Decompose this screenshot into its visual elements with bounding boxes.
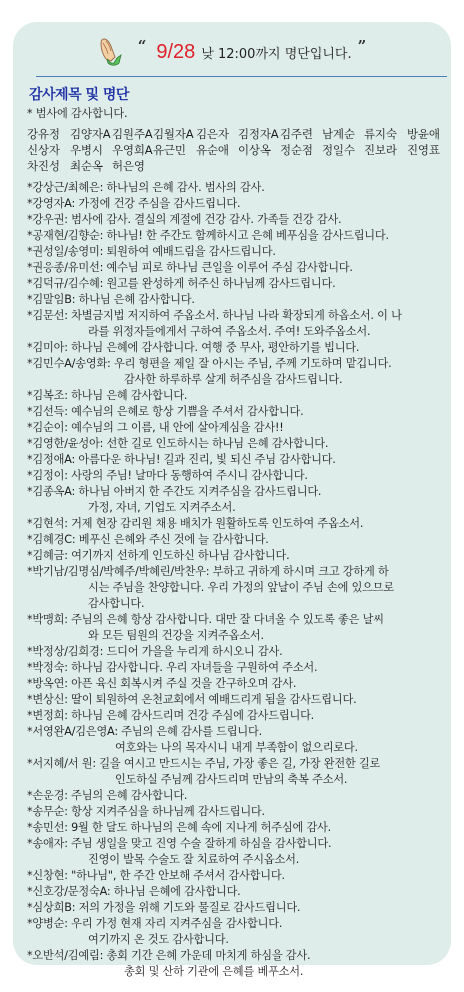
- prayer-entry: *변상신: 딸이 퇴원하여 온천교회에서 예배드리게 됨을 감사드립니다.: [27, 692, 445, 708]
- entry-line: *오반석/김예림: 총회 기간 은혜 가운데 마치게 하심을 감사.: [27, 948, 445, 964]
- content: * 범사에 감사합니다. 강유정김양자A김원주A김월자A김은자김정자A김주련남계…: [27, 106, 445, 980]
- prayer-entry: *송무순: 항상 지켜주심을 하나님께 감사드립니다.: [27, 804, 445, 820]
- prayer-entry: *김순이: 예수님의 그 이름, 내 안에 살아계심을 감사!!: [27, 420, 445, 436]
- entry-line: *권응종/유미선: 예수님 피로 하나님 큰일을 이루어 주심 감사합니다.: [27, 260, 445, 276]
- member-name: 이상옥: [238, 142, 280, 158]
- member-name: 남계순: [322, 126, 364, 142]
- prayer-entry: *송민선: 9월 한 달도 하나님의 은혜 속에 지나게 허주심에 감사.: [27, 820, 445, 836]
- prayer-entry: *오반석/김예림: 총회 기간 은혜 가운데 마치게 하심을 감사.총회 및 산…: [27, 948, 445, 980]
- names-grid: 강유정김양자A김원주A김월자A김은자김정자A김주련남계순류지숙방윤애신상자우병시…: [27, 126, 445, 174]
- entry-line: *김영한/윤성아: 선한 길로 인도하시는 하나님 은혜 감사합니다.: [27, 436, 445, 452]
- prayer-entry: *박정숙: 하나님 감사합니다. 우리 자녀들을 구원하여 주소서.: [27, 660, 445, 676]
- section-title: 감사제목 및 명단: [29, 84, 129, 104]
- header-divider: [36, 76, 447, 77]
- member-name: 김정자A: [238, 126, 280, 142]
- entry-line: *김선득: 예수님의 은혜로 항상 기쁨을 주셔서 감사합니다.: [27, 404, 445, 420]
- prayer-entry: *신창현: "하나님", 한 주간 안보해 주셔서 감사합니다.: [27, 868, 445, 884]
- entry-line: *김혜금: 여기까지 선하게 인도하신 하나님 감사합니다.: [27, 548, 445, 564]
- prayer-list-card: “ 9/28 낮 12:00까지 명단입니다. ” 감사제목 및 명단 * 범사…: [13, 22, 451, 965]
- prayer-entry: *김선득: 예수님의 은혜로 항상 기쁨을 주셔서 감사합니다.: [27, 404, 445, 420]
- entry-continuation: 감사합니다.: [27, 596, 445, 612]
- entry-continuation: 여기까지 온 것도 감사합니다.: [27, 932, 445, 948]
- prayer-entry: *김영한/윤성아: 선한 길로 인도하시는 하나님 은혜 감사합니다.: [27, 436, 445, 452]
- entry-continuation: 인도하실 주님께 감사드리며 만남의 축복 주소서.: [27, 772, 445, 788]
- member-name: 허은영: [112, 158, 153, 174]
- entry-line: *김민수A/송영화: 우리 형편을 제일 잘 아시는 주님, 주께 기도하며 맡…: [27, 356, 445, 372]
- prayer-entry: *김정애A: 아름다운 하나님! 길과 진리, 빛 되신 주님 감사합니다.: [27, 452, 445, 468]
- entry-line: *변상신: 딸이 퇴원하여 온천교회에서 예배드리게 됨을 감사드립니다.: [27, 692, 445, 708]
- member-name: 차진성: [27, 158, 70, 174]
- prayer-entry: *김복조: 하나님 은혜 감사합니다.: [27, 388, 445, 404]
- entry-line: *신창현: "하나님", 한 주간 안보해 주셔서 감사합니다.: [27, 868, 445, 884]
- entry-line: *박기남/김명심/박혜주/박혜린/박찬우: 부하고 귀하게 하시며 크고 강하게…: [27, 564, 445, 580]
- header: “ 9/28 낮 12:00까지 명단입니다. ”: [13, 32, 451, 72]
- prayer-entry: *강상근/최혜은: 하나님의 은혜 감사. 범사의 감사.: [27, 180, 445, 196]
- close-quote: ”: [358, 37, 367, 55]
- entry-line: *김종옥A: 하나님 아버지 한 주간도 지켜주심을 감사드립니다.: [27, 484, 445, 500]
- entry-line: *서영완A/김은영A: 주님의 은혜 감사를 드립니다.: [27, 724, 445, 740]
- entry-line: *송무순: 항상 지켜주심을 하나님께 감사드립니다.: [27, 804, 445, 820]
- entry-line: *김순이: 예수님의 그 이름, 내 안에 살아계심을 감사!!: [27, 420, 445, 436]
- entry-line: *신호강/문정숙A: 하나님 은혜에 감사합니다.: [27, 884, 445, 900]
- prayer-entry: *방옥연: 아픈 육신 회복시켜 주실 것을 간구하오며 감사.: [27, 676, 445, 692]
- prayer-entry: *손운경: 주님의 은혜 감사합니다.: [27, 788, 445, 804]
- member-name: 진영표: [407, 142, 445, 158]
- entry-line: *김문선: 차별금지법 저지하여 주옵소서. 하나님 나라 확장되게 하옵소서.…: [27, 308, 445, 324]
- entry-line: *심상희B: 저의 가정을 위해 기도와 물질로 감사드립니다.: [27, 900, 445, 916]
- entry-line: *변정희: 하나님 은혜 감사드리며 건강 주심에 감사드립니다.: [27, 708, 445, 724]
- prayer-entry: *양병순: 우리 가정 현재 자리 지켜주심을 감사합니다.여기까지 온 것도 …: [27, 916, 445, 948]
- entry-line: *박정상/김희경: 드디어 가을을 누리게 하시오니 감사.: [27, 644, 445, 660]
- member-name: 최순옥: [70, 158, 112, 174]
- entry-line: *강우권: 범사에 감사. 결실의 계절에 건강 감사. 가족들 건강 감사.: [27, 212, 445, 228]
- member-name: 유순애: [196, 142, 238, 158]
- member-name: 류지숙: [364, 126, 407, 142]
- prayer-entry: *박기남/김명심/박혜주/박혜린/박찬우: 부하고 귀하게 하시며 크고 강하게…: [27, 564, 445, 612]
- prayer-entry: *김현석: 거제 현장 감리원 채용 배치가 원활하도록 인도하여 주옵소서.: [27, 516, 445, 532]
- member-name: 김양자A: [70, 126, 112, 142]
- member-name: 김은자: [196, 126, 238, 142]
- entry-line: *박맹희: 주님의 은혜 항상 감사합니다. 대만 잘 다녀올 수 있도록 좋은…: [27, 612, 445, 628]
- entry-line: *송민선: 9월 한 달도 하나님의 은혜 속에 지나게 허주심에 감사.: [27, 820, 445, 836]
- entry-line: *방옥연: 아픈 육신 회복시켜 주실 것을 간구하오며 감사.: [27, 676, 445, 692]
- entry-line: *서지혜/서 원: 길을 여시고 만드시는 주님, 가장 좋은 길, 가장 완전…: [27, 756, 445, 772]
- prayer-entry: *강영자A: 가정에 건강 주심을 감사드립니다.: [27, 196, 445, 212]
- member-name: 강유정: [27, 126, 70, 142]
- intro-text: * 범사에 감사합니다.: [27, 106, 445, 124]
- entry-line: *양병순: 우리 가정 현재 자리 지켜주심을 감사합니다.: [27, 916, 445, 932]
- deadline-date: 9/28: [156, 41, 195, 64]
- entry-line: *강상근/최혜은: 하나님의 은혜 감사. 범사의 감사.: [27, 180, 445, 196]
- prayer-entry: *서영완A/김은영A: 주님의 은혜 감사를 드립니다.여호와는 나의 목자시니…: [27, 724, 445, 756]
- entries-list: *강상근/최혜은: 하나님의 은혜 감사. 범사의 감사.*강영자A: 가정에 …: [27, 180, 445, 980]
- member-name: 유근민: [153, 142, 196, 158]
- entry-line: *강영자A: 가정에 건강 주심을 감사드립니다.: [27, 196, 445, 212]
- prayer-entry: *강우권: 범사에 감사. 결실의 계절에 건강 감사. 가족들 건강 감사.: [27, 212, 445, 228]
- member-name: 우영희A: [112, 142, 153, 158]
- prayer-entry: *박맹희: 주님의 은혜 항상 감사합니다. 대만 잘 다녀올 수 있도록 좋은…: [27, 612, 445, 644]
- prayer-entry: *권성일/송영미: 퇴원하여 예배드림을 감사드립니다.: [27, 244, 445, 260]
- entry-line: *공재현/김향순: 하나님! 한 주간도 함께하시고 은혜 베푸심을 감사드립니…: [27, 228, 445, 244]
- entry-line: *송애자: 주님 생일을 맞고 진영 수술 잘하게 하심을 감사합니다.: [27, 836, 445, 852]
- member-name: 방윤애: [407, 126, 445, 142]
- member-name: 김주련: [280, 126, 322, 142]
- entry-line: *김미아: 하나님 은혜에 감사합니다. 여행 중 무사, 평안하기를 빕니다.: [27, 340, 445, 356]
- member-name: 김원주A: [112, 126, 153, 142]
- prayer-entry: *변정희: 하나님 은혜 감사드리며 건강 주심에 감사드립니다.: [27, 708, 445, 724]
- entry-continuation: 총회 및 산하 기관에 은혜를 베푸소서.: [27, 964, 445, 980]
- deadline-text: 낮 12:00까지 명단입니다.: [201, 43, 351, 62]
- entry-line: *김혜경C: 베푸신 은혜와 주신 것에 늘 감사합니다.: [27, 532, 445, 548]
- entry-line: *권성일/송영미: 퇴원하여 예배드림을 감사드립니다.: [27, 244, 445, 260]
- member-name: 우병시: [70, 142, 112, 158]
- entry-line: *김현석: 거제 현장 감리원 채용 배치가 원활하도록 인도하여 주옵소서.: [27, 516, 445, 532]
- prayer-entry: *김말임B: 하나님 은혜 감사합니다.: [27, 292, 445, 308]
- prayer-entry: *김민수A/송영화: 우리 형편을 제일 잘 아시는 주님, 주께 기도하며 맡…: [27, 356, 445, 388]
- open-quote: “: [138, 37, 147, 55]
- prayer-entry: *심상희B: 저의 가정을 위해 기도와 물질로 감사드립니다.: [27, 900, 445, 916]
- prayer-entry: *송애자: 주님 생일을 맞고 진영 수술 잘하게 하심을 감사합니다.진영이 …: [27, 836, 445, 868]
- prayer-entry: *김정이: 사랑의 주님! 날마다 동행하여 주시니 감사합니다.: [27, 468, 445, 484]
- prayer-entry: *신호강/문정숙A: 하나님 은혜에 감사합니다.: [27, 884, 445, 900]
- prayer-entry: *김문선: 차별금지법 저지하여 주옵소서. 하나님 나라 확장되게 하옵소서.…: [27, 308, 445, 340]
- entry-continuation: 여호와는 나의 목자시니 내게 부족함이 없으리로다.: [27, 740, 445, 756]
- entry-continuation: 라를 위정자들에게서 구하여 주옵소서. 주여! 도와주옵소서.: [27, 324, 445, 340]
- entry-continuation: 와 모든 팀원의 건강을 지켜주옵소서.: [27, 628, 445, 644]
- member-name: 신상자: [27, 142, 70, 158]
- entry-continuation: 진영이 발목 수술도 잘 치료하여 주시옵소서.: [27, 852, 445, 868]
- praying-hands-icon: [98, 37, 124, 67]
- prayer-entry: *김혜금: 여기까지 선하게 인도하신 하나님 감사합니다.: [27, 548, 445, 564]
- entry-line: *김덕규/김수혜: 원고를 완성하게 허주신 하나님께 감사드립니다.: [27, 276, 445, 292]
- prayer-entry: *김덕규/김수혜: 원고를 완성하게 허주신 하나님께 감사드립니다.: [27, 276, 445, 292]
- entry-continuation: 감사한 하루하루 살게 허주심을 감사드립니다.: [27, 372, 445, 388]
- entry-line: *김말임B: 하나님 은혜 감사합니다.: [27, 292, 445, 308]
- prayer-entry: *김종옥A: 하나님 아버지 한 주간도 지켜주심을 감사드립니다.가정, 자녀…: [27, 484, 445, 516]
- entry-continuation: 시는 주님을 찬양합니다. 우리 가정의 앞날이 주님 손에 있으므로: [27, 580, 445, 596]
- prayer-entry: *김혜경C: 베푸신 은혜와 주신 것에 늘 감사합니다.: [27, 532, 445, 548]
- member-name: 정순점: [280, 142, 322, 158]
- prayer-entry: *권응종/유미선: 예수님 피로 하나님 큰일을 이루어 주심 감사합니다.: [27, 260, 445, 276]
- prayer-entry: *서지혜/서 원: 길을 여시고 만드시는 주님, 가장 좋은 길, 가장 완전…: [27, 756, 445, 788]
- entry-continuation: 가정, 자녀, 기업도 지켜주소서.: [27, 500, 445, 516]
- entry-line: *김정애A: 아름다운 하나님! 길과 진리, 빛 되신 주님 감사합니다.: [27, 452, 445, 468]
- entry-line: *손운경: 주님의 은혜 감사합니다.: [27, 788, 445, 804]
- prayer-entry: *박정상/김희경: 드디어 가을을 누리게 하시오니 감사.: [27, 644, 445, 660]
- entry-line: *박정숙: 하나님 감사합니다. 우리 자녀들을 구원하여 주소서.: [27, 660, 445, 676]
- entry-line: *김복조: 하나님 은혜 감사합니다.: [27, 388, 445, 404]
- member-name: 진보라: [364, 142, 407, 158]
- prayer-entry: *김미아: 하나님 은혜에 감사합니다. 여행 중 무사, 평안하기를 빕니다.: [27, 340, 445, 356]
- member-name: 김월자A: [153, 126, 196, 142]
- prayer-entry: *공재현/김향순: 하나님! 한 주간도 함께하시고 은혜 베푸심을 감사드립니…: [27, 228, 445, 244]
- member-name: 정일수: [322, 142, 364, 158]
- entry-line: *김정이: 사랑의 주님! 날마다 동행하여 주시니 감사합니다.: [27, 468, 445, 484]
